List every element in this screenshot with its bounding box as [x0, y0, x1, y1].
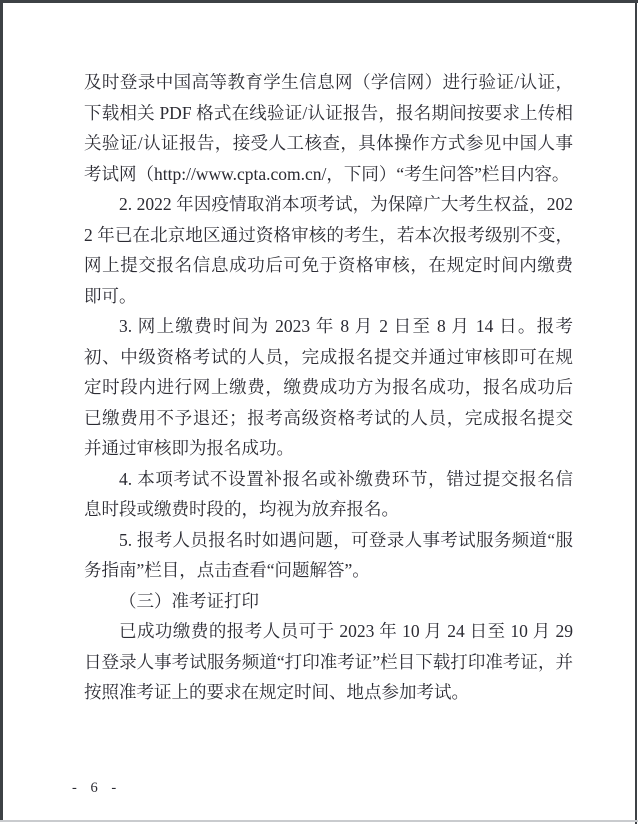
- page-number: - 6 -: [72, 780, 121, 797]
- page-edge-right: [635, 0, 637, 824]
- page-edge-top: [0, 0, 638, 3]
- paragraph: 4. 本项考试不设置补报名或补缴费环节，错过提交报名信息时段或缴费时段的，均视为…: [84, 464, 573, 525]
- document-page: 及时登录中国高等教育学生信息网（学信网）进行验证/认证，下载相关 PDF 格式在…: [0, 0, 638, 827]
- paragraph: 及时登录中国高等教育学生信息网（学信网）进行验证/认证，下载相关 PDF 格式在…: [84, 67, 573, 189]
- page-edge-left: [0, 0, 3, 821]
- document-text: 及时登录中国高等教育学生信息网（学信网）进行验证/认证，下载相关 PDF 格式在…: [84, 67, 573, 708]
- section-heading: （三）准考证打印: [84, 586, 573, 617]
- paragraph: 2. 2022 年因疫情取消本项考试，为保障广大考生权益，2022 年已在北京地…: [84, 189, 573, 311]
- paragraph: 已成功缴费的报考人员可于 2023 年 10 月 24 日至 10 月 29 日…: [84, 616, 573, 708]
- page-edge-bottom: [0, 820, 638, 822]
- paragraph: 3. 网上缴费时间为 2023 年 8 月 2 日至 8 月 14 日。报考初、…: [84, 311, 573, 464]
- paragraph: 5. 报考人员报名时如遇问题，可登录人事考试服务频道“服务指南”栏目，点击查看“…: [84, 525, 573, 586]
